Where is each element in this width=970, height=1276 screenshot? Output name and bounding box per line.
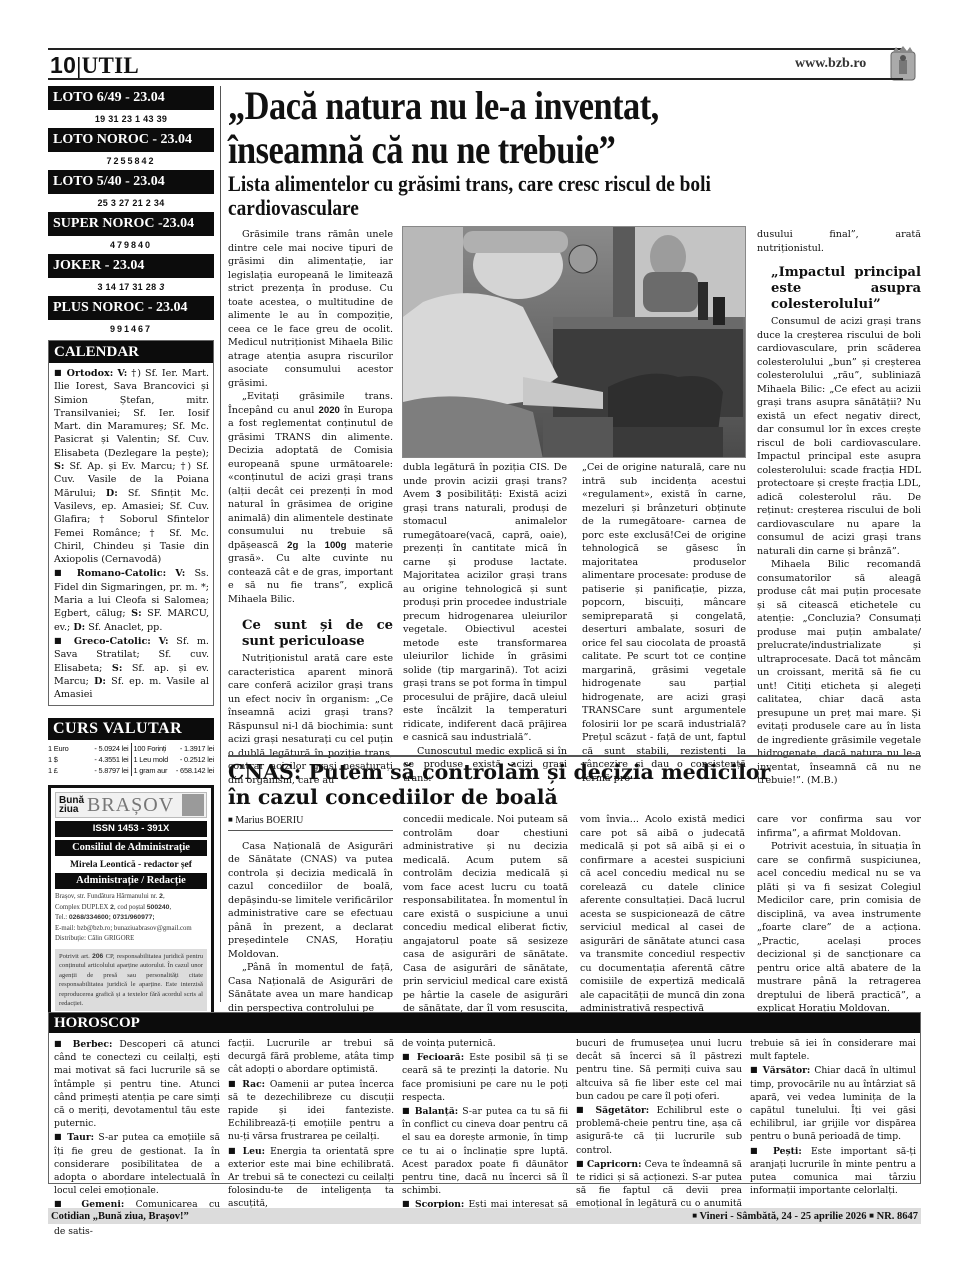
joker-number: 3 — [159, 282, 164, 292]
text: Tel.: — [55, 914, 67, 921]
rates-column-left: 1 Euro- 5.0924 lei 1 $- 4.3551 lei 1 £- … — [48, 743, 132, 776]
article-column-3: „Cei de origine naturală, care nu intră … — [582, 461, 746, 785]
article-subheadline: Lista alimentelor cu grăsimi trans, care… — [228, 172, 721, 220]
horoscope-entry: ■ Rac: Oamenii ar putea încerca să te de… — [228, 1077, 394, 1144]
joker-numbers: 3 14 17 31 28 — [97, 282, 156, 292]
currency: 1 gram aur — [134, 765, 168, 776]
exchange-rates-table: 1 Euro- 5.0924 lei 1 $- 4.3551 lei 1 £- … — [48, 743, 214, 776]
text: Chiar dacă în ultimul timp, provocările … — [750, 1065, 916, 1142]
issue-info: ■ Vineri - Sâmbătă, 24 - 25 aprilie 2026… — [692, 1211, 918, 1222]
text: de voința puternică. — [402, 1037, 568, 1050]
sign: Fecioară: — [417, 1052, 464, 1063]
label: V: — [117, 368, 127, 379]
logo-line: ziua — [59, 805, 84, 814]
article-photo — [402, 226, 746, 458]
calendar-box: CALENDAR ■ Ortodox: V: †) Sf. Ier. Mart.… — [48, 340, 214, 706]
horoscope-entry: ■ Pești: Este important să-ți aranjați l… — [750, 1144, 916, 1198]
email[interactable]: E-mail: bzb@bzb.ro; bunaziuabrasov@gmail… — [55, 925, 192, 932]
crest-icon — [182, 794, 204, 816]
sign: Berbec: — [73, 1039, 113, 1050]
bullet-square-icon: ■ — [228, 815, 233, 824]
page-number: 10 — [50, 52, 76, 78]
paragraph: „Cei de origine naturală, care nu intră … — [582, 461, 746, 785]
sign: Capricorn: — [587, 1159, 642, 1170]
label: V: — [175, 568, 185, 579]
label: D: — [73, 622, 85, 633]
lotto-numbers: 25 3 27 21 2 34 — [48, 194, 214, 212]
cnas-column-3: vom învia... Acolo există medici care po… — [580, 813, 745, 1016]
currency: 1 £ — [48, 765, 58, 776]
council-title: Consiliul de Administrație — [55, 840, 207, 856]
text: CP, responsabilitatea juridică pentru co… — [59, 953, 203, 1007]
cnas-headline: CNAS: Putem să controlăm și decizia medi… — [228, 760, 788, 810]
rate-row: 1 Leu mold- 0.2512 lei — [134, 754, 215, 765]
exchange-rates-title: CURS VALUTAR — [48, 718, 214, 740]
bullet-square-icon: ■ — [54, 1132, 63, 1141]
rate: - 4.3551 lei — [94, 754, 128, 765]
label: V: — [159, 636, 169, 647]
lotto-title: SUPER NOROC -23.04 — [48, 212, 214, 236]
paragraph: vom învia... Acolo există medici care po… — [580, 813, 745, 1016]
postal-code: 500240 — [147, 904, 170, 911]
bullet-square-icon: ■ — [402, 1106, 411, 1115]
issue-date: Vineri - Sâmbătă, 24 - 25 aprilie 2026 — [699, 1211, 866, 1222]
text: 206 — [92, 953, 103, 960]
cnas-column-2: concedii medicale. Noi puteam să control… — [403, 813, 568, 1029]
editor-in-chief: Mirela Leontică - redactor șef — [55, 859, 207, 870]
lotto-numbers: 7255842 — [48, 152, 214, 170]
paragraph: dusului final”, arată nutriționistul. — [757, 228, 921, 255]
article-separator — [228, 755, 921, 757]
text: trebuie să iei în considerare mai mult f… — [750, 1037, 916, 1063]
calendar-body: ■ Ortodox: V: †) Sf. Ier. Mart. Ilie Ior… — [49, 363, 213, 705]
phone: 0268/334600; 0731/960977; — [69, 914, 155, 921]
newspaper-logo: Bunăziua BRAȘOV — [55, 792, 207, 818]
label: Greco-Catolic: — [74, 636, 151, 647]
horoscope-title: HOROSCOP — [49, 1013, 920, 1033]
lotto-results: LOTO 6/49 - 23.04 19 31 23 1 43 39 LOTO … — [48, 86, 214, 338]
sign: Vărsător: — [763, 1065, 811, 1076]
cnas-column-1: ■ Marius BOERIU Casa Națională de Asigur… — [228, 813, 393, 1015]
text: 2020 — [319, 405, 340, 416]
distribution: Distribuție: Călin GRIGORE — [55, 935, 134, 942]
brasov-crest-icon — [888, 46, 918, 82]
bullet-square-icon: ■ — [54, 568, 68, 577]
logo-city: BRAȘOV — [87, 794, 182, 817]
photo-woman-cooking-icon — [403, 227, 746, 458]
paragraph: Consumul de acizi grași trans duce la cr… — [757, 315, 921, 558]
rate: - 5.0924 lei — [94, 743, 128, 754]
calendar-title: CALENDAR — [49, 341, 213, 363]
text: , cod poștal — [114, 904, 145, 911]
bullet-square-icon: ■ — [54, 636, 66, 645]
section-heading: Ce sunt și de ce sunt periculoase — [242, 618, 393, 650]
text: 2g — [287, 540, 298, 551]
text: Sf. Sfințit Mc. Vasilevs, ep. Amasiei; S… — [54, 488, 209, 565]
paragraph: care vor confirma sau vor infirma”, a af… — [757, 813, 921, 840]
section-heading: „Impactul principal este asupra colester… — [771, 265, 921, 313]
horoscope-entry: ■ Berbec: Descoperi că atunci când te co… — [54, 1037, 220, 1130]
sign: Leu: — [243, 1146, 265, 1157]
bullet-square-icon: ■ — [750, 1065, 759, 1074]
rates-column-right: 100 Forinți- 1.3917 lei 1 Leu mold- 0.25… — [132, 743, 215, 776]
horoscope-box: HOROSCOP ■ Berbec: Descoperi că atunci c… — [48, 1012, 921, 1184]
currency: 1 $ — [48, 754, 58, 765]
text: Sf. Anaclet, pp. — [88, 622, 162, 633]
bullet-square-icon: ■ — [402, 1052, 412, 1061]
rate: - 0.2512 lei — [180, 754, 214, 765]
text: Descoperi că atunci când te conectezi cu… — [54, 1039, 220, 1129]
text: în Europa a fost reglementat conținutul … — [228, 405, 393, 551]
bullet-square-icon: ■ — [54, 1039, 66, 1048]
currency: 100 Forinți — [134, 743, 167, 754]
bullet-square-icon: ■ — [228, 1079, 237, 1088]
text: S-ar putea ca tu să fii în conflict cu c… — [402, 1106, 568, 1196]
text: 2 — [159, 893, 163, 900]
text: facții. Lucrurile ar trebui să decurgă f… — [228, 1037, 394, 1077]
horoscope-entry: ■ Vărsător: Chiar dacă în ultimul timp, … — [750, 1063, 916, 1143]
horoscope-entry: ■ Leu: Energia ta orientată spre exterio… — [228, 1144, 394, 1211]
bullet-square-icon: ■ — [692, 1211, 697, 1220]
rate: - 1.3917 lei — [180, 743, 214, 754]
article-headline: „Dacă natura nu le-a inventat, înseamnă … — [228, 84, 778, 172]
text: bucuri de frumusețea unui lucru decât să… — [576, 1037, 742, 1103]
logo-text: Bunăziua — [56, 796, 87, 814]
label: Romano-Catolic: — [77, 568, 166, 579]
issue-number: NR. 8647 — [877, 1211, 918, 1222]
rate-row: 100 Forinți- 1.3917 lei — [134, 743, 215, 754]
label: S: — [112, 663, 122, 674]
column-divider — [220, 86, 221, 1002]
bullet-square-icon: ■ — [869, 1211, 874, 1220]
horoscope-entry: ■ Balanță: S-ar putea ca tu să fii în co… — [402, 1104, 568, 1197]
article-column-4: dusului final”, arată nutriționistul. „I… — [757, 228, 921, 788]
text: Potrivit art. — [59, 953, 90, 960]
bullet-square-icon: ■ — [228, 1146, 238, 1155]
rate-row: 1 gram aur- 658.142 lei — [134, 765, 215, 776]
sign: Pești: — [773, 1146, 802, 1157]
bullet-square-icon: ■ — [576, 1105, 588, 1114]
text: posibilități: Există acizi grași trans n… — [403, 489, 567, 743]
impressum-box: Bunăziua BRAȘOV ISSN 1453 - 391X Consili… — [48, 785, 214, 1020]
text: la — [307, 540, 316, 551]
label: S: — [54, 461, 64, 472]
article-column-2: dubla legătură în poziția CIS. De unde p… — [403, 461, 567, 785]
lotto-title: LOTO 5/40 - 23.04 — [48, 170, 214, 194]
paragraph: concedii medicale. Noi puteam să control… — [403, 813, 568, 1029]
lotto-numbers: 19 31 23 1 43 39 — [48, 110, 214, 128]
rate-row: 1 £- 5.8797 lei — [48, 765, 129, 776]
horoscope-entry: ■ Taur: S-ar putea ca emoțiile să îți fi… — [54, 1130, 220, 1197]
paragraph: Potrivit acestuia, în situația în care s… — [757, 840, 921, 1016]
text: †) Sf. Ier. Mart. Ilie Iorest, Sava Bran… — [54, 368, 209, 459]
header-rule-top — [48, 48, 903, 50]
text: Complex DUPLEX — [55, 904, 108, 911]
sign: Rac: — [242, 1079, 265, 1090]
cnas-column-4: care vor confirma sau vor infirma”, a af… — [757, 813, 921, 1016]
publication-name: Cotidian „Bună ziua, Brașov!” — [51, 1211, 189, 1222]
paragraph: „Evitați grăsimile trans. Începând cu an… — [228, 390, 393, 606]
lotto-numbers: 479840 — [48, 236, 214, 254]
label: Ortodox: — [67, 368, 114, 379]
text: 3 — [436, 489, 441, 500]
rate: - 658.142 lei — [176, 765, 214, 776]
text: 100g — [325, 540, 347, 551]
section-name: UTIL — [82, 53, 139, 78]
text: Brașov, str. Fundătura Hărmanului nr. — [55, 893, 157, 900]
horoscope-entry: ■ Săgetător: Echilibrul este o problemă-… — [576, 1103, 742, 1157]
paragraph: „Până în momentul de față, Casa Național… — [228, 961, 393, 1015]
bullet-square-icon: ■ — [576, 1159, 584, 1168]
label: D: — [94, 676, 106, 687]
paragraph: Mihaela Bilic recomandă consumatorilor s… — [757, 558, 921, 788]
paragraph: dubla legătură în poziția CIS. De unde p… — [403, 461, 567, 745]
bullet-square-icon: ■ — [750, 1146, 764, 1155]
rate-row: 1 $- 4.3551 lei — [48, 754, 129, 765]
byline: ■ Marius BOERIU — [228, 813, 393, 831]
currency: 1 Euro — [48, 743, 69, 754]
lotto-numbers: 991467 — [48, 320, 214, 338]
sign: Săgetător: — [596, 1105, 650, 1116]
legal-notice: Potrivit art. 206 CP, responsabilitatea … — [55, 949, 207, 1011]
address: Brașov, str. Fundătura Hărmanului nr. 2,… — [55, 892, 207, 945]
label: S: — [131, 608, 141, 619]
sign: Taur: — [67, 1132, 94, 1143]
article-column-1: Grăsimile trans rămân unele dintre cele … — [228, 228, 393, 787]
horoscope-entry: ■ Fecioară: Este posibil să ți se ceară … — [402, 1050, 568, 1104]
currency: 1 Leu mold — [134, 754, 169, 765]
lotto-title: PLUS NOROC - 23.04 — [48, 296, 214, 320]
author: Marius BOERIU — [235, 815, 303, 826]
section-header: 10|UTIL — [50, 52, 139, 79]
admin-title: Administrație / Redacție — [55, 873, 207, 889]
rate: - 5.8797 lei — [94, 765, 128, 776]
lotto-title: JOKER - 23.04 — [48, 254, 214, 278]
issn: ISSN 1453 - 391X — [55, 821, 207, 837]
lotto-numbers: 3 14 17 31 28 3 — [48, 278, 214, 296]
header-rule-bottom — [48, 78, 903, 80]
paragraph: Casa Națională de Asigurări de Sănătate … — [228, 840, 393, 962]
rate-row: 1 Euro- 5.0924 lei — [48, 743, 129, 754]
lotto-title: LOTO 6/49 - 23.04 — [48, 86, 214, 110]
sign: Balanță: — [415, 1106, 458, 1117]
label: D: — [106, 488, 118, 499]
paragraph: Grăsimile trans rămân unele dintre cele … — [228, 228, 393, 390]
sidebar: LOTO 6/49 - 23.04 19 31 23 1 43 39 LOTO … — [48, 86, 214, 1020]
bullet-square-icon: ■ — [54, 368, 63, 377]
page-footer: Cotidian „Bună ziua, Brașov!” ■ Vineri -… — [48, 1208, 921, 1224]
lotto-title: LOTO NOROC - 23.04 — [48, 128, 214, 152]
site-url[interactable]: www.bzb.ro — [795, 56, 866, 72]
